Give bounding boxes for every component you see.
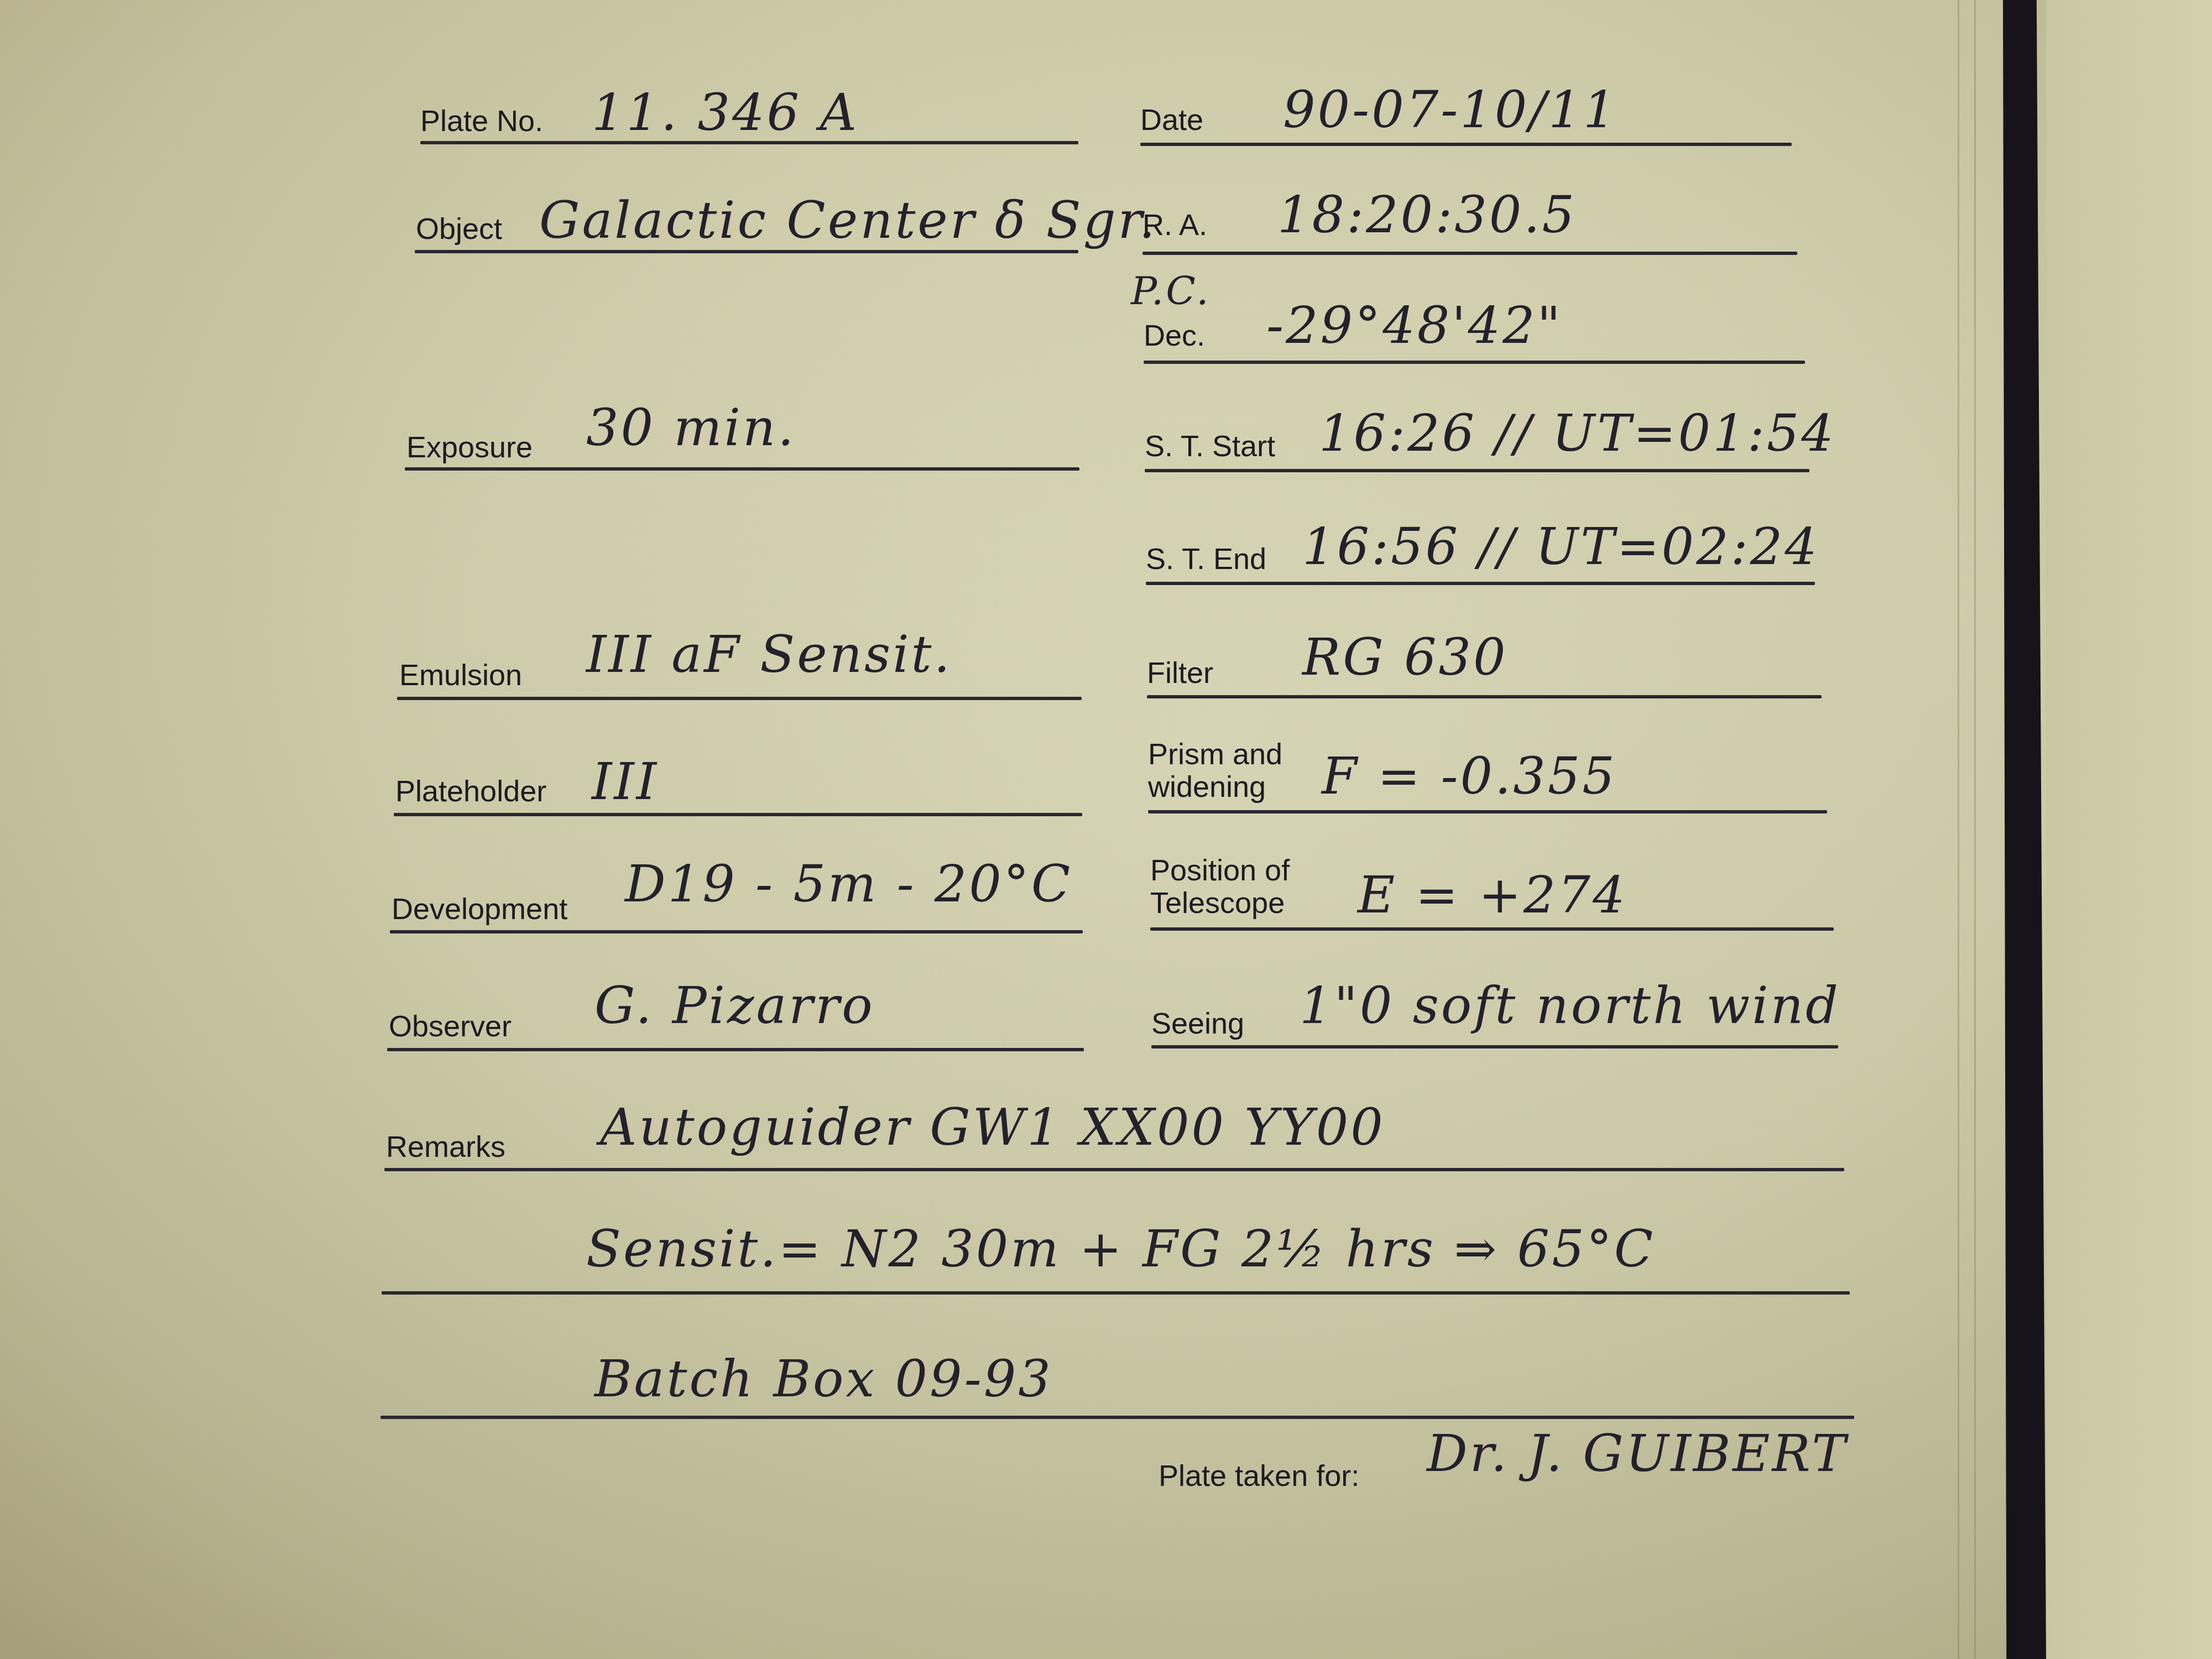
label-development: Development xyxy=(392,893,567,926)
rule xyxy=(394,813,1082,816)
label-st-start: S. T. Start xyxy=(1145,430,1275,463)
rule xyxy=(397,697,1082,700)
value-seeing: 1"0 soft north wind xyxy=(1300,976,1840,1035)
rule xyxy=(405,467,1079,471)
label-dec: Dec. xyxy=(1144,320,1205,352)
value-dec: -29°48'42" xyxy=(1266,296,1563,355)
rule xyxy=(387,1048,1084,1051)
label-seeing: Seeing xyxy=(1151,1008,1244,1040)
rule xyxy=(1147,695,1822,698)
value-observer: G. Pizarro xyxy=(594,976,875,1035)
label-prism: Prism and widening xyxy=(1148,738,1314,804)
label-st-end: S. T. End xyxy=(1146,543,1266,576)
label-date: Date xyxy=(1140,104,1203,137)
page-edge xyxy=(1974,0,1976,1659)
value-st-start: 16:26 // UT=01:54 xyxy=(1319,404,1836,463)
value-plate-no: 11. 346 A xyxy=(592,83,859,142)
label-exposure: Exposure xyxy=(406,431,533,464)
rule xyxy=(1142,252,1797,255)
page-edge xyxy=(1958,0,1959,1659)
rule xyxy=(384,1168,1844,1171)
rule xyxy=(1140,143,1792,146)
value-telescope-position: E = +274 xyxy=(1358,865,1627,925)
value-plate-taken-for: Dr. J. GUIBERT xyxy=(1427,1424,1848,1483)
rule xyxy=(380,1416,1854,1419)
label-emulsion: Emulsion xyxy=(399,659,522,692)
observation-log-sheet: Plate No. 11. 346 A Object Galactic Cent… xyxy=(0,0,2013,1659)
value-development: D19 - 5m - 20°C xyxy=(625,854,1072,914)
binder-strip xyxy=(2003,0,2046,1659)
value-object: Galactic Center δ Sgr. xyxy=(539,191,1157,250)
value-ra: 18:20:30.5 xyxy=(1277,185,1577,244)
remarks-line-1: Autoguider GW1 XX00 YY00 xyxy=(600,1098,1385,1157)
rule xyxy=(1151,1045,1838,1048)
label-plateholder: Plateholder xyxy=(395,775,546,808)
rule xyxy=(1145,469,1809,472)
adjacent-page xyxy=(2046,0,2212,1659)
label-filter: Filter xyxy=(1147,657,1213,690)
value-prism: F = -0.355 xyxy=(1322,747,1617,806)
label-observer: Observer xyxy=(389,1010,512,1043)
remarks-line-2: Sensit.= N2 30m + FG 2½ hrs ⇒ 65°C xyxy=(586,1219,1655,1279)
label-ra: R. A. xyxy=(1142,209,1207,242)
value-plateholder: III xyxy=(592,752,659,811)
rule xyxy=(1150,927,1834,931)
rule xyxy=(1144,361,1805,364)
label-object: Object xyxy=(416,213,502,246)
rule xyxy=(1148,810,1827,813)
value-date: 90-07-10/11 xyxy=(1283,80,1618,139)
value-filter: RG 630 xyxy=(1302,628,1508,687)
label-plate-no: Plate No. xyxy=(420,105,543,138)
label-telescope-position: Position of Telescope xyxy=(1150,854,1316,920)
rule xyxy=(420,141,1078,144)
value-st-end: 16:56 // UT=02:24 xyxy=(1302,517,1819,576)
rule xyxy=(382,1291,1850,1295)
remarks-line-3: Batch Box 09-93 xyxy=(594,1349,1053,1408)
rule xyxy=(390,930,1083,933)
label-plate-taken-for: Plate taken for: xyxy=(1159,1460,1359,1493)
dec-annotation: P.C. xyxy=(1131,268,1211,314)
rule xyxy=(1146,582,1815,585)
rule xyxy=(415,250,1078,253)
value-exposure: 30 min. xyxy=(586,398,796,457)
label-remarks: Remarks xyxy=(386,1131,505,1164)
value-emulsion: III aF Sensit. xyxy=(586,625,952,684)
